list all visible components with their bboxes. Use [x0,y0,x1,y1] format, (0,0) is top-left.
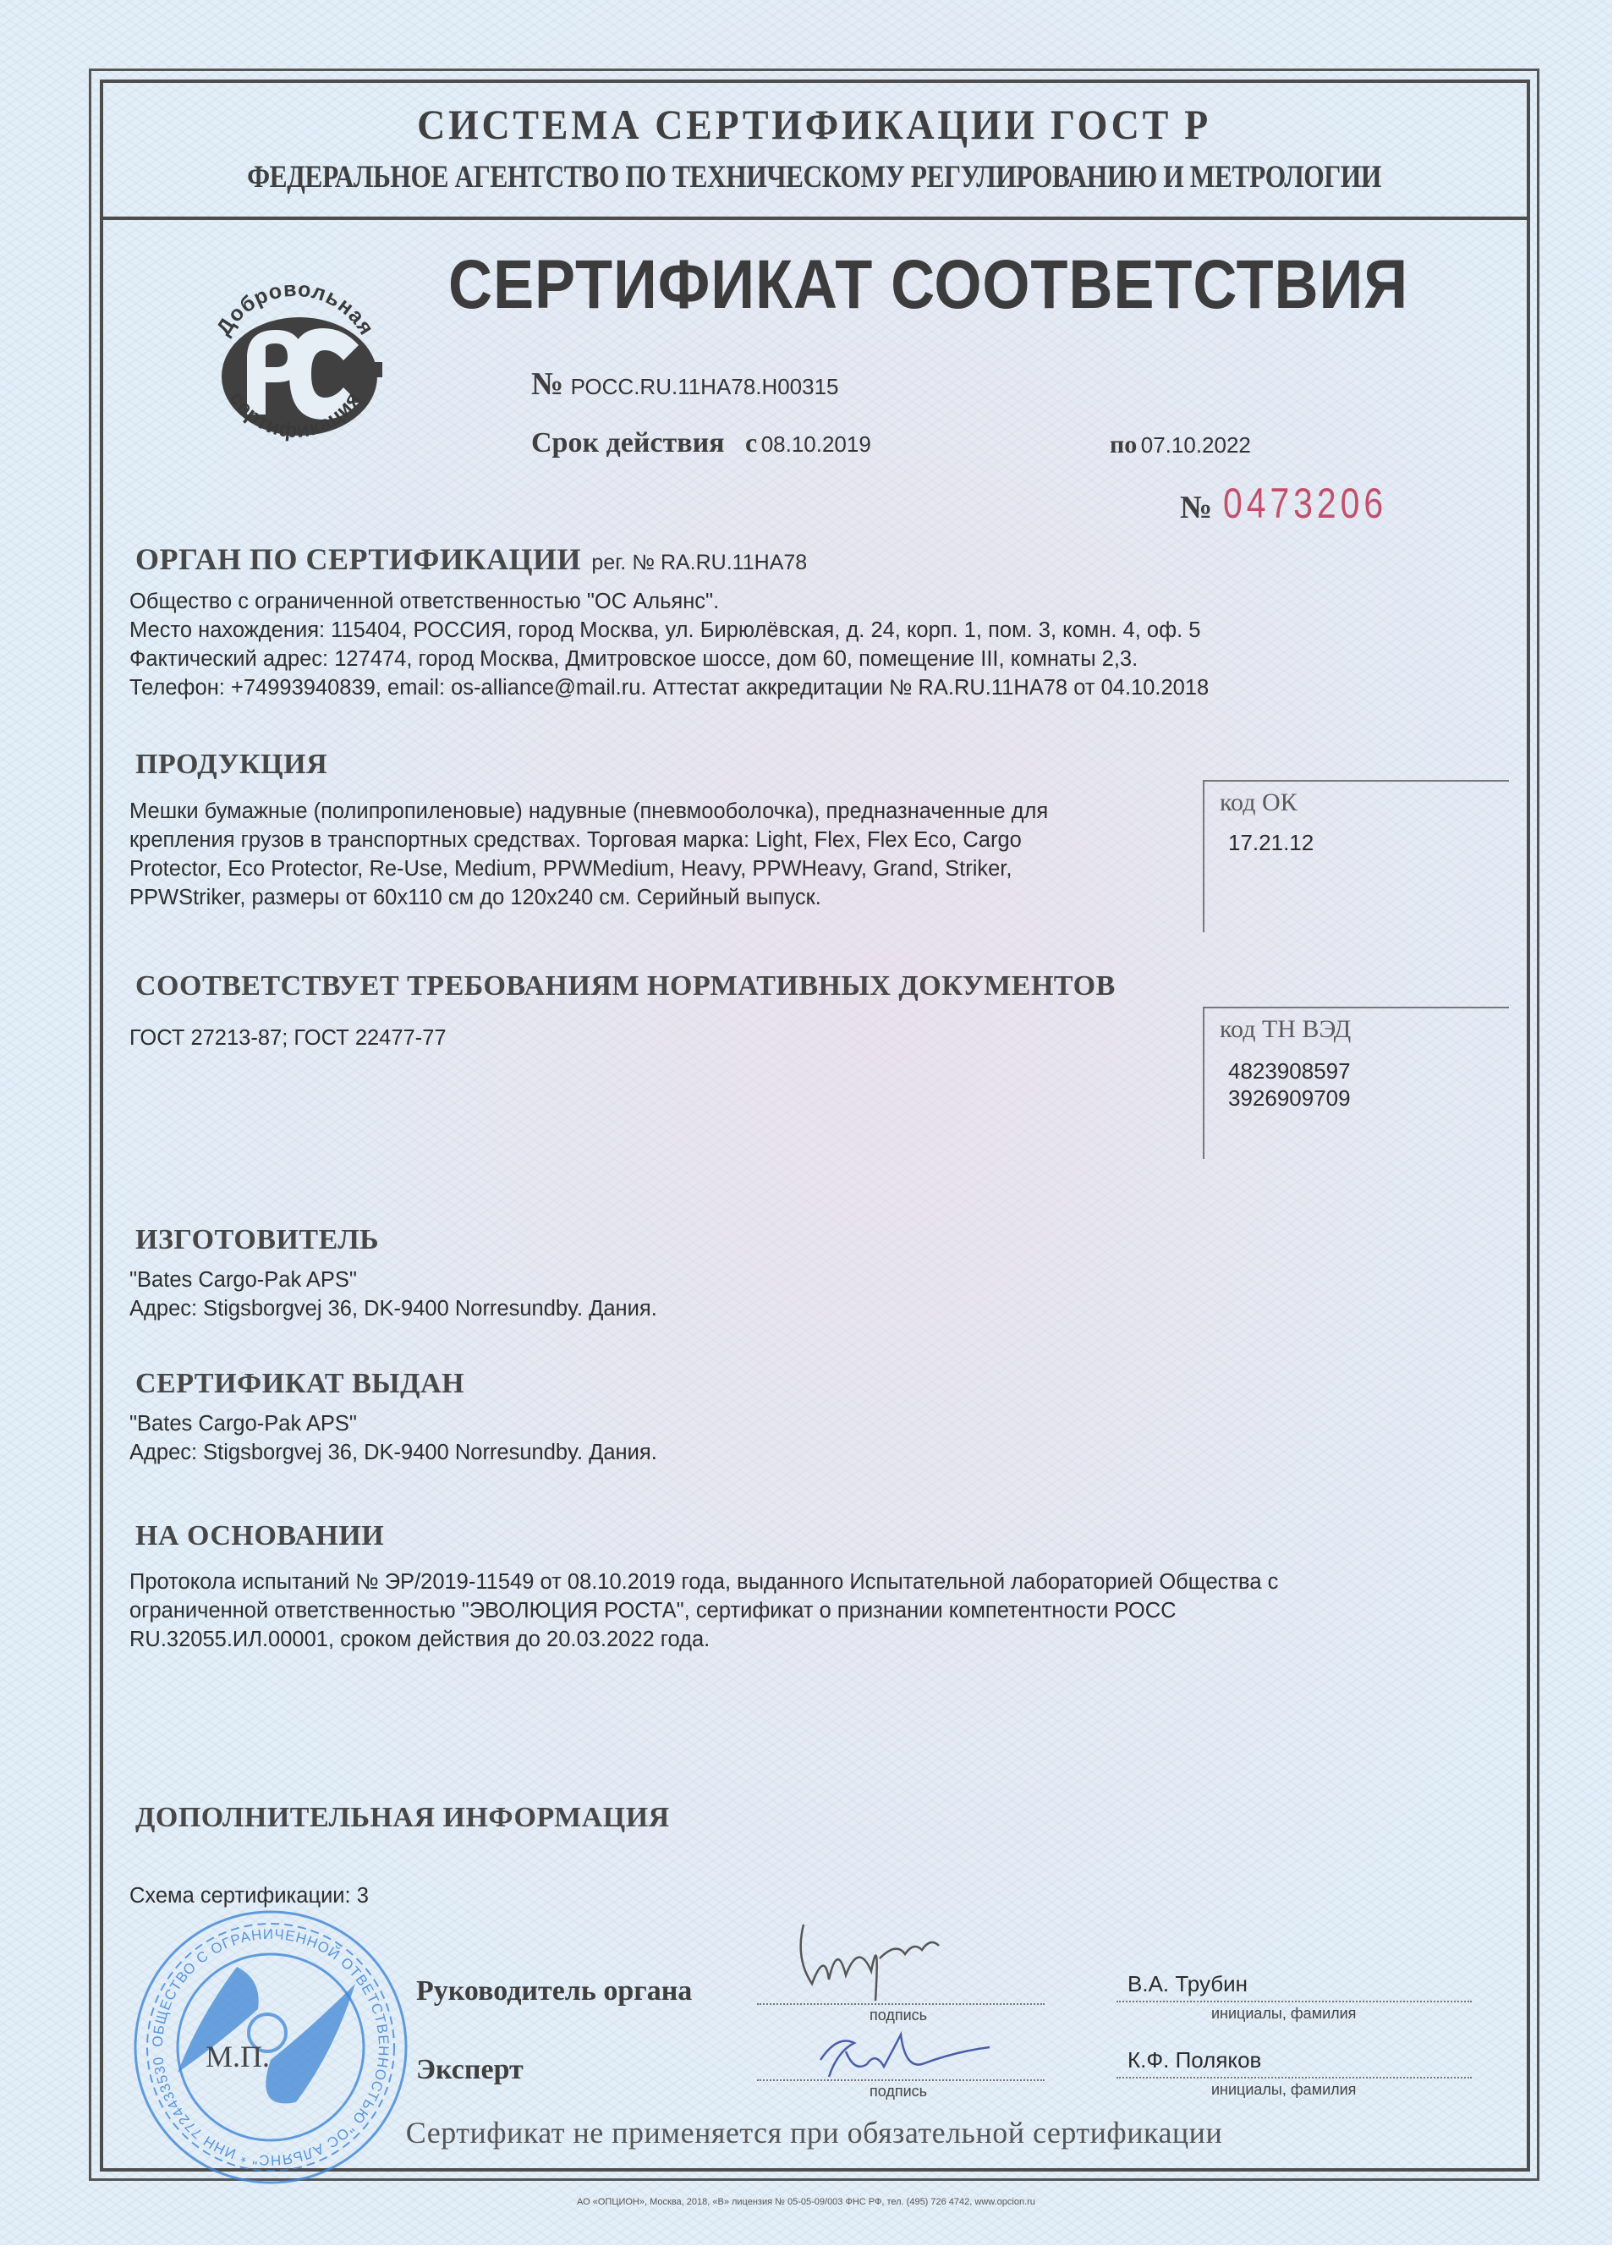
validity-row: Срок действия с 08.10.2019 [531,427,871,459]
blank-number-sign: № [1180,490,1212,525]
valid-from-date: 08.10.2019 [761,431,871,457]
product-line: Мешки бумажные (полипропиленовые) надувн… [129,797,1048,826]
number-sign: № [531,366,563,402]
agency-title: ФЕДЕРАЛЬНОЕ АГЕНТСТВО ПО ТЕХНИЧЕСКОМУ РЕ… [207,159,1422,195]
certification-body-heading: ОРГАН ПО СЕРТИФИКАЦИИ [135,542,581,576]
expert-name: К.Ф. Поляков [1127,2047,1261,2073]
validity-label: Срок действия [531,427,725,459]
body-line: Место нахождения: 115404, РОССИЯ, город … [129,616,1209,645]
rst-logo-icon: Добровольная сертификация [198,279,392,465]
code-tnved-values: 4823908597 3926909709 [1228,1057,1351,1112]
expert-label: Эксперт [416,2054,524,2086]
head-name: В.А. Трубин [1127,1971,1248,1997]
basis-line: Протокола испытаний № ЭР/2019-11549 от 0… [129,1568,1278,1596]
head-name-line [1116,2001,1472,2002]
product-line: крепления грузов в транспортных средства… [129,826,1048,854]
standards-list: ГОСТ 27213-87; ГОСТ 22477-77 [129,1024,447,1052]
product-line: Protector, Eco Protector, Re-Use, Medium… [129,854,1048,883]
issued-to-details: "Bates Cargo-Pak APS" Адрес: Stigsborgve… [129,1409,657,1467]
certification-system-title: СИСТЕМА СЕРТИФИКАЦИИ ГОСТ Р [157,100,1472,149]
product-heading: ПРОДУКЦИЯ [135,749,327,781]
certification-body-details: Общество с ограниченной ответственностью… [129,587,1209,702]
expert-signature-icon [804,2026,1023,2085]
certification-body-heading-row: ОРГАН ПО СЕРТИФИКАЦИИ рег. № RA.RU.11НА7… [135,541,807,577]
issued-to-heading: СЕРТИФИКАТ ВЫДАН [135,1368,464,1400]
code-ok-label: код ОК [1220,788,1298,817]
additional-info-heading: ДОПОЛНИТЕЛЬНАЯ ИНФОРМАЦИЯ [135,1802,670,1834]
seal-place-label: М.П. [206,2039,270,2074]
certificate-number-row: № РОСС.RU.11НА78.Н00315 [531,365,839,403]
product-description: Мешки бумажные (полипропиленовые) надувн… [129,797,1048,912]
valid-from-label: с [745,427,757,458]
valid-to-row: по 07.10.2022 [1110,431,1251,459]
body-line: Фактический адрес: 127474, город Москва,… [129,645,1209,673]
code-tnved-value: 4823908597 [1228,1057,1351,1085]
code-tnved-label: код ТН ВЭД [1220,1015,1351,1044]
basis-details: Протокола испытаний № ЭР/2019-11549 от 0… [129,1568,1278,1654]
conformity-heading: СООТВЕТСТВУЕТ ТРЕБОВАНИЯМ НОРМАТИВНЫХ ДО… [135,970,1116,1002]
certification-body-reg: рег. № RA.RU.11НА78 [591,551,807,574]
head-name-caption: инициалы, фамилия [1211,2005,1356,2023]
blank-number: 0473206 [1223,479,1387,528]
code-ok-value: 17.21.12 [1228,829,1314,856]
manufacturer-details: "Bates Cargo-Pak APS" Адрес: Stigsborgve… [129,1266,657,1323]
valid-to-label: по [1110,431,1137,459]
certificate-title: СЕРТИФИКАТ СООТВЕТСТВИЯ [448,245,1408,325]
body-line: Общество с ограниченной ответственностью… [129,587,1209,616]
certification-scheme: Схема сертификации: 3 [129,1881,369,1910]
head-signature-caption: подпись [870,2007,927,2024]
header-divider [100,217,1528,220]
product-line: PPWStriker, размеры от 60х110 см до 120х… [129,883,1048,912]
expert-name-caption: инициалы, фамилия [1211,2081,1356,2099]
code-tnved-value: 3926909709 [1228,1085,1351,1112]
basis-line: ограниченной ответственностью "ЭВОЛЮЦИЯ … [129,1596,1278,1625]
issued-to-address: Адрес: Stigsborgvej 36, DK-9400 Norresun… [129,1438,657,1467]
basis-heading: НА ОСНОВАНИИ [135,1520,384,1552]
expert-signature-caption: подпись [870,2083,927,2101]
head-of-body-label: Руководитель органа [416,1975,692,2007]
code-ok-box: код ОК 17.21.12 [1203,780,1509,932]
printer-imprint: АО «ОПЦИОН», Москва, 2018, «В» лицензия … [0,2197,1612,2207]
valid-to-date: 07.10.2022 [1141,432,1251,458]
expert-name-line [1116,2077,1472,2079]
blank-number-row: № 0473206 [1180,479,1423,528]
basis-line: RU.32055.ИЛ.00001, сроком действия до 20… [129,1625,1278,1654]
body-line: Телефон: +74993940839, email: os-allianc… [129,673,1209,702]
certificate-number: РОСС.RU.11НА78.Н00315 [571,374,839,399]
code-tnved-box: код ТН ВЭД 4823908597 3926909709 [1203,1007,1509,1159]
manufacturer-address: Адрес: Stigsborgvej 36, DK-9400 Norresun… [129,1294,657,1323]
head-signature-icon [778,1916,981,2009]
manufacturer-name: "Bates Cargo-Pak APS" [129,1266,657,1294]
issued-to-name: "Bates Cargo-Pak APS" [129,1409,657,1438]
manufacturer-heading: ИЗГОТОВИТЕЛЬ [135,1224,379,1256]
not-mandatory-notice: Сертификат не применяется при обязательн… [100,2115,1528,2150]
